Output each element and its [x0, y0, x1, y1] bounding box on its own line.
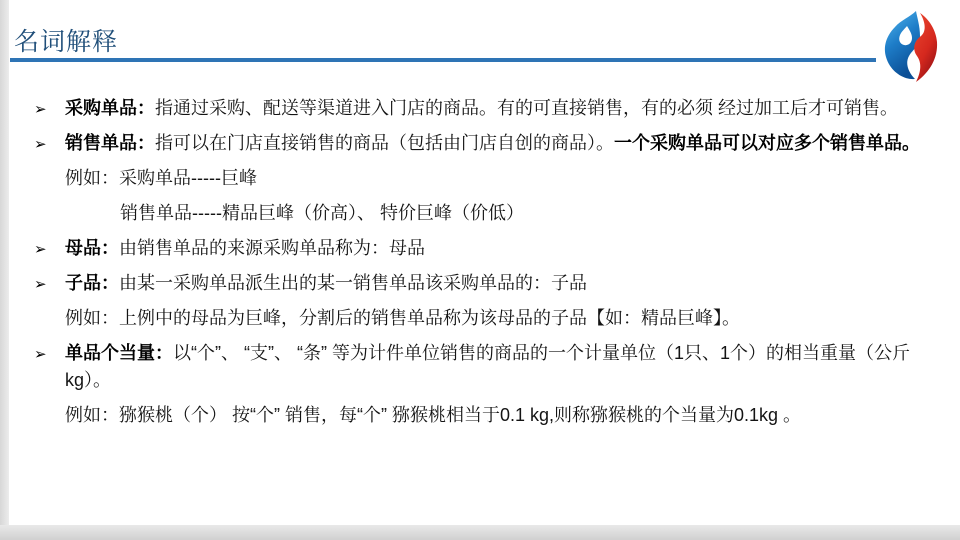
- term-definition: 由销售单品的来源采购单品称为：母品: [119, 238, 425, 258]
- bullet-item-sales-sku: ➢销售单品：指可以在门店直接销售的商品（包括由门店自创的商品）。一个采购单品可以…: [32, 130, 920, 157]
- arrow-bullet-icon: ➢: [34, 236, 47, 263]
- slide: 名词解释 ➢采购单品：指通过采购、配送等渠道进入门店的商品。有的可直接销售，有的…: [0, 0, 960, 540]
- term-definition: 指通过采购、配送等渠道进入门店的商品。有的可直接销售，有的必须 经过加工后才可销…: [155, 98, 898, 118]
- slide-body: ➢采购单品：指通过采购、配送等渠道进入门店的商品。有的可直接销售，有的必须 经过…: [32, 95, 920, 437]
- flame-logo-icon: [880, 8, 940, 84]
- term-label: 销售单品：: [65, 133, 155, 153]
- example-line-purchase: 例如：采购单品-----巨峰: [65, 165, 920, 192]
- arrow-bullet-icon: ➢: [34, 131, 47, 158]
- arrow-bullet-icon: ➢: [34, 271, 47, 298]
- term-definition: 由某一采购单品派生出的某一销售单品该采购单品的：子品: [119, 273, 587, 293]
- example-line-kiwi: 例如：猕猴桃（个） 按“个” 销售，每“个” 猕猴桃相当于0.1 kg,则称猕猴…: [65, 402, 920, 429]
- term-label: 单品个当量：: [65, 343, 173, 363]
- example-line-sales: 销售单品-----精品巨峰（价高）、 特价巨峰（价低）: [120, 200, 920, 227]
- page-title: 名词解释: [14, 22, 118, 58]
- arrow-bullet-icon: ➢: [34, 96, 47, 123]
- bullet-item-child-item: ➢子品：由某一采购单品派生出的某一销售单品该采购单品的：子品: [32, 270, 920, 297]
- title-underline: [10, 58, 876, 62]
- term-definition-emphasis: 一个采购单品可以对应多个销售单品。: [614, 133, 920, 153]
- example-line-parent-child: 例如：上例中的母品为巨峰，分割后的销售单品称为该母品的子品【如：精品巨峰】。: [65, 305, 920, 332]
- left-edge-strip: [0, 0, 9, 540]
- bullet-item-parent-item: ➢母品：由销售单品的来源采购单品称为：母品: [32, 235, 920, 262]
- term-label: 子品：: [65, 273, 119, 293]
- term-definition: 以“个”、 “支”、 “条” 等为计件单位销售的商品的一个计量单位（1只、1个）…: [65, 343, 910, 390]
- term-label: 母品：: [65, 238, 119, 258]
- arrow-bullet-icon: ➢: [34, 341, 47, 368]
- bullet-item-purchase-sku: ➢采购单品：指通过采购、配送等渠道进入门店的商品。有的可直接销售，有的必须 经过…: [32, 95, 920, 122]
- bottom-edge-strip: [0, 525, 960, 540]
- term-definition: 指可以在门店直接销售的商品（包括由门店自创的商品）。: [155, 133, 614, 153]
- term-label: 采购单品：: [65, 98, 155, 118]
- bullet-item-unit-equivalent: ➢单品个当量：以“个”、 “支”、 “条” 等为计件单位销售的商品的一个计量单位…: [32, 340, 920, 394]
